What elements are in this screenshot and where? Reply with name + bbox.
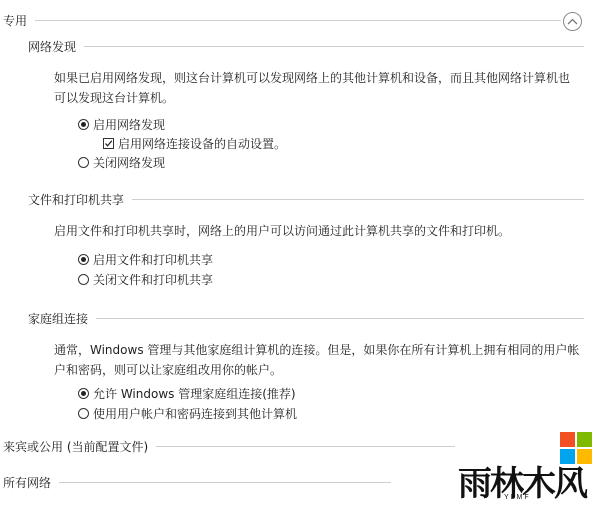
divider xyxy=(59,482,391,483)
collapse-button[interactable] xyxy=(563,12,582,31)
file-printer-sharing-description: 启用文件和打印机共享时，网络上的用户可以访问通过此计算机共享的文件和打印机。 xyxy=(54,221,604,241)
homegroup-description: 通常，Windows 管理与其他家庭组计算机的连接。但是，如果你在所有计算机上拥… xyxy=(54,340,610,380)
divider xyxy=(35,20,561,21)
section-guest-public-title: 来宾或公用 (当前配置文件) xyxy=(3,438,148,455)
file-printer-sharing-title: 文件和打印机共享 xyxy=(28,191,124,208)
radio-disable-file-printer-sharing[interactable]: 关闭文件和打印机共享 xyxy=(78,271,213,288)
section-all-networks-header[interactable]: 所有网络 xyxy=(3,474,391,491)
radio-unselected-icon[interactable] xyxy=(78,408,89,419)
homegroup-title: 家庭组连接 xyxy=(28,310,88,327)
section-all-networks-title: 所有网络 xyxy=(3,474,51,491)
radio-disable-network-discovery[interactable]: 关闭网络发现 xyxy=(78,154,165,171)
radio-allow-windows-manage-homegroup[interactable]: 允许 Windows 管理家庭组连接(推荐) xyxy=(78,385,296,402)
divider xyxy=(84,46,584,47)
checkbox-checked-icon[interactable] xyxy=(103,138,114,149)
homegroup-header: 家庭组连接 xyxy=(28,310,584,327)
network-discovery-description: 如果已启用网络发现，则这台计算机可以发现网络上的其他计算机和设备，而且其他网络计… xyxy=(54,68,604,108)
watermark-logo: 雨林木风 YLMF xyxy=(452,430,614,506)
chevron-up-icon xyxy=(567,18,578,25)
radio-selected-icon[interactable] xyxy=(78,254,89,265)
checkbox-auto-setup[interactable]: 启用网络连接设备的自动设置。 xyxy=(103,135,286,152)
radio-selected-icon[interactable] xyxy=(78,388,89,399)
watermark-subtext: YLMF xyxy=(504,494,531,501)
network-discovery-title: 网络发现 xyxy=(28,38,76,55)
radio-enable-network-discovery[interactable]: 启用网络发现 xyxy=(78,116,165,133)
section-guest-public-header[interactable]: 来宾或公用 (当前配置文件) xyxy=(3,438,455,455)
radio-enable-file-printer-sharing[interactable]: 启用文件和打印机共享 xyxy=(78,251,213,268)
radio-unselected-icon[interactable] xyxy=(78,274,89,285)
radio-selected-icon[interactable] xyxy=(78,119,89,130)
network-discovery-header: 网络发现 xyxy=(28,38,584,55)
section-private-title: 专用 xyxy=(3,12,27,29)
divider xyxy=(96,318,584,319)
windows-logo-icon xyxy=(560,432,592,464)
file-printer-sharing-header: 文件和打印机共享 xyxy=(28,191,584,208)
divider xyxy=(132,199,584,200)
divider xyxy=(156,446,455,447)
section-private-header[interactable]: 专用 xyxy=(3,12,561,29)
radio-unselected-icon[interactable] xyxy=(78,157,89,168)
radio-use-user-accounts[interactable]: 使用用户帐户和密码连接到其他计算机 xyxy=(78,405,297,422)
